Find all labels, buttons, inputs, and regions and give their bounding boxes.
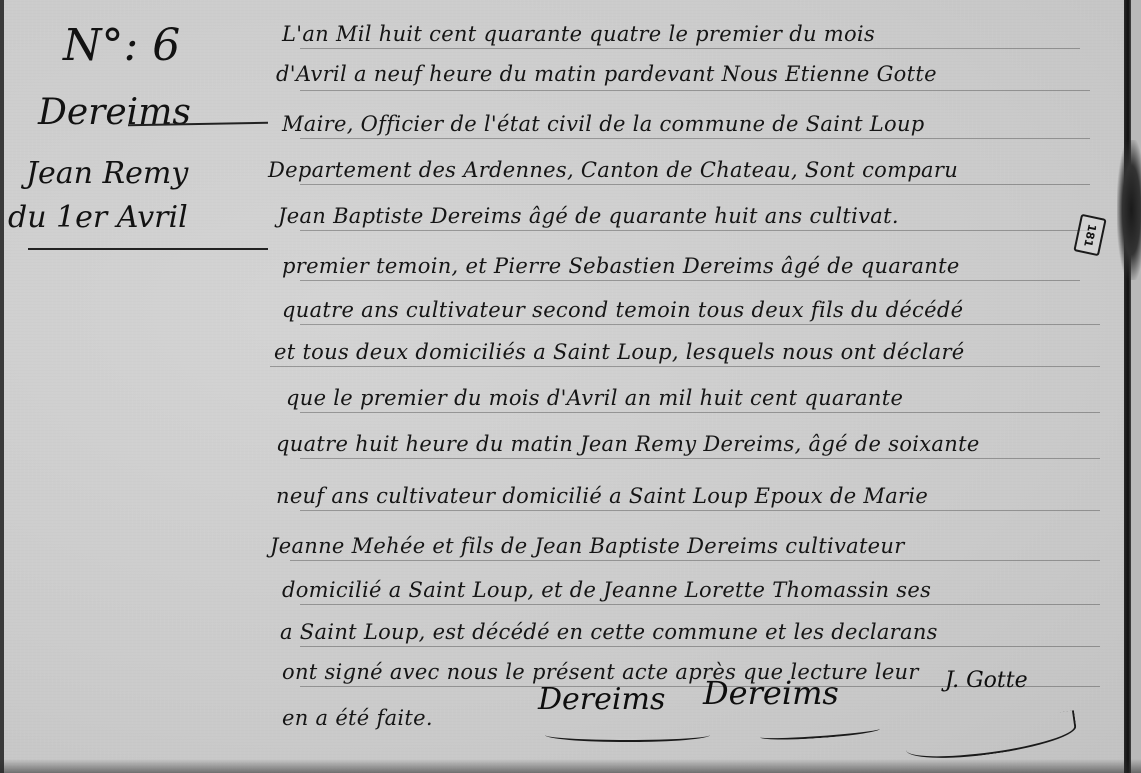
line-guide — [300, 230, 1090, 231]
line-guide — [300, 184, 1090, 185]
line-guide — [270, 366, 1100, 367]
scanned-register-page: N°: 6 Dereims Jean Remy du 1er Avril L'a… — [0, 0, 1141, 773]
body-line-1: L'an Mil huit cent quarante quatre le pr… — [282, 22, 875, 46]
body-line-7: quatre ans cultivateur second temoin tou… — [282, 298, 963, 322]
body-line-10: quatre huit heure du matin Jean Remy Der… — [276, 432, 980, 456]
line-guide — [300, 458, 1100, 459]
line-guide — [300, 138, 1090, 139]
signature-witness-2: Dereims — [703, 674, 839, 712]
body-line-8: et tous deux domiciliés a Saint Loup, le… — [274, 340, 965, 364]
signature-witness-1: Dereims — [538, 682, 665, 717]
signature-flourish — [545, 728, 710, 742]
signature-mayor: J. Gotte — [945, 668, 1028, 693]
body-line-11: neuf ans cultivateur domicilié a Saint L… — [276, 484, 928, 508]
body-line-16: en a été faite. — [282, 706, 433, 730]
line-guide — [300, 324, 1100, 325]
body-line-2: d'Avril a neuf heure du matin pardevant … — [276, 62, 937, 86]
line-guide — [300, 646, 1100, 647]
line-guide — [300, 510, 1100, 511]
line-guide — [300, 48, 1080, 49]
body-line-13: domicilié a Saint Loup, et de Jeanne Lor… — [282, 578, 931, 602]
line-guide — [300, 412, 1100, 413]
line-guide — [300, 604, 1100, 605]
line-guide — [300, 90, 1090, 91]
body-line-5: Jean Baptiste Dereims âgé de quarante hu… — [278, 204, 899, 228]
body-line-3: Maire, Officier de l'état civil de la co… — [282, 112, 925, 136]
body-line-4: Departement des Ardennes, Canton de Chat… — [268, 158, 958, 182]
line-guide — [290, 560, 1100, 561]
body-line-9: que le premier du mois d'Avril an mil hu… — [286, 386, 903, 410]
line-guide — [300, 280, 1080, 281]
record-body: L'an Mil huit cent quarante quatre le pr… — [0, 0, 1141, 773]
body-line-14: a Saint Loup, est décédé en cette commun… — [280, 620, 938, 644]
body-line-6: premier temoin, et Pierre Sebastien Dere… — [282, 254, 960, 278]
body-line-12: Jeanne Mehée et fils de Jean Baptiste De… — [270, 534, 905, 558]
